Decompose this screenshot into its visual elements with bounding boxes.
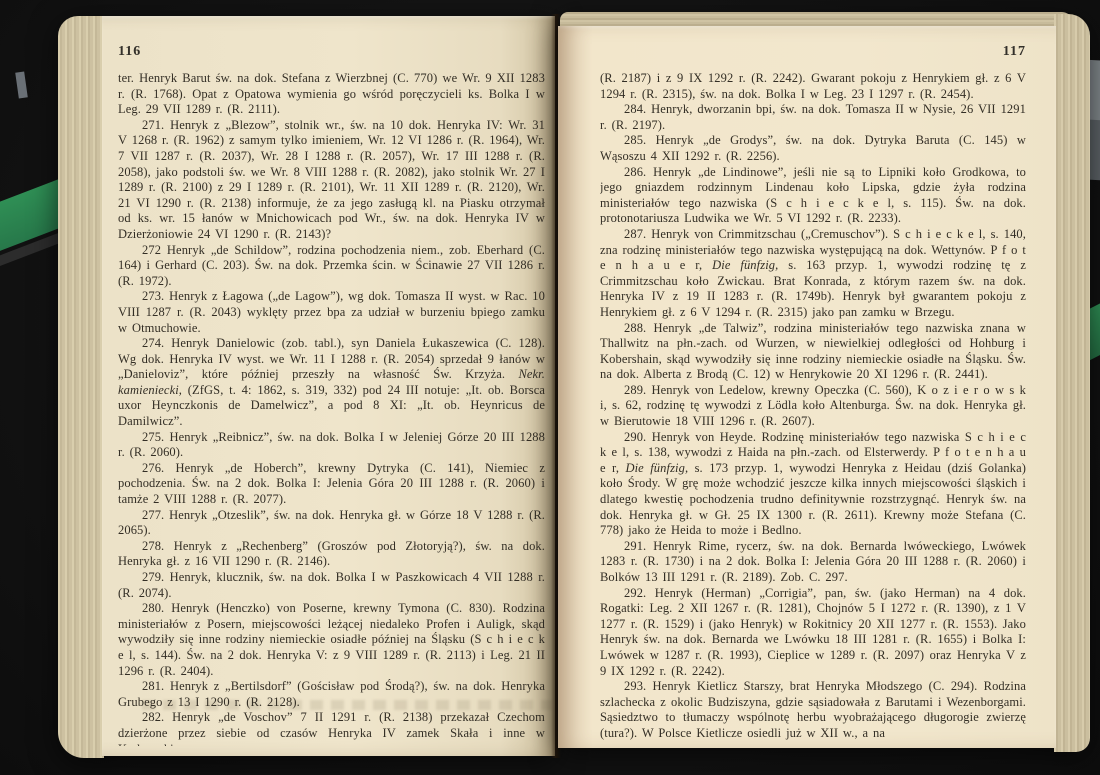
paragraph: 290. Henryk von Heyde. Rodzinę ministeri… bbox=[600, 430, 1026, 539]
text-run: 286. Henryk „de Lindinowe”, jeśli nie są… bbox=[600, 165, 1026, 226]
paragraph: 285. Henryk „de Grodys”, św. na dok. Dyt… bbox=[600, 133, 1026, 164]
background-grey-object-left bbox=[15, 72, 28, 99]
left-page-paper: 116 ter. Henryk Barut św. na dok. Stefan… bbox=[102, 16, 555, 756]
left-page-number: 116 bbox=[118, 44, 545, 60]
paragraph: 275. Henryk „Reibnicz”, św. na dok. Bolk… bbox=[118, 430, 545, 461]
text-run: 281. Henryk z „Bertilsdorf” (Gościsław p… bbox=[118, 679, 545, 709]
text-run: 285. Henryk „de Grodys”, św. na dok. Dyt… bbox=[600, 133, 1026, 163]
paragraph: (R. 2187) i z 9 IX 1292 r. (R. 2242). Gw… bbox=[600, 71, 1026, 102]
text-run: ter. Henryk Barut św. na dok. Stefana z … bbox=[118, 71, 545, 116]
right-page-paper: 117 (R. 2187) i z 9 IX 1292 r. (R. 2242)… bbox=[558, 26, 1056, 748]
text-run: Die fünfzig, bbox=[625, 461, 688, 475]
paragraph: 287. Henryk von Crimmitzschau („Cremusch… bbox=[600, 227, 1026, 321]
paragraph: 277. Henryk „Otzeslik”, św. na dok. Henr… bbox=[118, 508, 545, 539]
text-run: 273. Henryk z Łagowa („de Lagow”), wg do… bbox=[118, 289, 545, 334]
right-page-content: 117 (R. 2187) i z 9 IX 1292 r. (R. 2242)… bbox=[600, 44, 1026, 740]
text-run: 291. Henryk Rime, rycerz, św. na dok. Be… bbox=[600, 539, 1026, 584]
left-page-fore-edge-stack bbox=[58, 16, 104, 758]
paragraph: 278. Henryk z „Rechenberg” (Groszów pod … bbox=[118, 539, 545, 570]
paragraph: 288. Henryk „de Talwiz”, rodzina ministe… bbox=[600, 321, 1026, 383]
paragraph: 272 Henryk „de Schildow”, rodzina pochod… bbox=[118, 243, 545, 290]
paragraph: 289. Henryk von Ledelow, krewny Opeczka … bbox=[600, 383, 1026, 430]
text-run: (ZfGS, t. 4: 1862, s. 319, 332) pod 24 I… bbox=[118, 383, 545, 428]
text-run: 275. Henryk „Reibnicz”, św. na dok. Bolk… bbox=[118, 430, 545, 460]
text-run: 278. Henryk z „Rechenberg” (Groszów pod … bbox=[118, 539, 545, 569]
paragraph: 286. Henryk „de Lindinowe”, jeśli nie są… bbox=[600, 165, 1026, 227]
left-page-text: ter. Henryk Barut św. na dok. Stefana z … bbox=[118, 71, 545, 746]
paragraph: 284. Henryk, dworzanin bpi, św. na dok. … bbox=[600, 102, 1026, 133]
right-page-fore-edge-stack bbox=[1054, 14, 1090, 752]
text-run: 271. Henryk z „Blezow”, stolnik wr., św.… bbox=[118, 118, 545, 241]
text-run: 279. Henryk, klucznik, św. na dok. Bolka… bbox=[118, 570, 545, 600]
text-run: 292. Henryk (Herman) „Corrigia”, pan, św… bbox=[600, 586, 1026, 678]
left-page-content: 116 ter. Henryk Barut św. na dok. Stefan… bbox=[118, 44, 545, 746]
paragraph: ter. Henryk Barut św. na dok. Stefana z … bbox=[118, 71, 545, 118]
text-run: Die fünfzig, bbox=[712, 258, 778, 272]
paragraph: 279. Henryk, klucznik, św. na dok. Bolka… bbox=[118, 570, 545, 601]
right-page-text: (R. 2187) i z 9 IX 1292 r. (R. 2242). Gw… bbox=[600, 71, 1026, 740]
paragraph: 274. Henryk Danielowic (zob. tabl.), syn… bbox=[118, 336, 545, 430]
paragraph: 293. Henryk Kietlicz Starszy, brat Henry… bbox=[600, 679, 1026, 740]
text-run: 280. Henryk (Henczko) von Poserne, krewn… bbox=[118, 601, 545, 677]
paragraph: 282. Henryk „de Voschov” 7 II 1291 r. (R… bbox=[118, 710, 545, 746]
text-run: 277. Henryk „Otzeslik”, św. na dok. Henr… bbox=[118, 508, 545, 538]
paragraph: 281. Henryk z „Bertilsdorf” (Gościsław p… bbox=[118, 679, 545, 710]
paragraph: 291. Henryk Rime, rycerz, św. na dok. Be… bbox=[600, 539, 1026, 586]
paragraph: 280. Henryk (Henczko) von Poserne, krewn… bbox=[118, 601, 545, 679]
paragraph: 273. Henryk z Łagowa („de Lagow”), wg do… bbox=[118, 289, 545, 336]
right-page: 117 (R. 2187) i z 9 IX 1292 r. (R. 2242)… bbox=[558, 12, 1090, 752]
text-run: 282. Henryk „de Voschov” 7 II 1291 r. (R… bbox=[118, 710, 545, 746]
text-run: 276. Henryk „de Hoberch”, krewny Dytryka… bbox=[118, 461, 545, 506]
text-run: 274. Henryk Danielowic (zob. tabl.), syn… bbox=[118, 336, 545, 381]
text-run: 293. Henryk Kietlicz Starszy, brat Henry… bbox=[600, 679, 1026, 740]
photo-of-open-book: 116 ter. Henryk Barut św. na dok. Stefan… bbox=[0, 0, 1100, 775]
left-page: 116 ter. Henryk Barut św. na dok. Stefan… bbox=[58, 16, 555, 758]
right-page-number: 117 bbox=[600, 44, 1026, 60]
text-run: 288. Henryk „de Talwiz”, rodzina ministe… bbox=[600, 321, 1026, 382]
text-run: 272 Henryk „de Schildow”, rodzina pochod… bbox=[118, 243, 545, 288]
paragraph: 276. Henryk „de Hoberch”, krewny Dytryka… bbox=[118, 461, 545, 508]
text-run: 289. Henryk von Ledelow, krewny Opeczka … bbox=[600, 383, 1026, 428]
paragraph: 292. Henryk (Herman) „Corrigia”, pan, św… bbox=[600, 586, 1026, 680]
text-run: 284. Henryk, dworzanin bpi, św. na dok. … bbox=[600, 102, 1026, 132]
paragraph: 271. Henryk z „Blezow”, stolnik wr., św.… bbox=[118, 118, 545, 243]
text-run: (R. 2187) i z 9 IX 1292 r. (R. 2242). Gw… bbox=[600, 71, 1026, 101]
